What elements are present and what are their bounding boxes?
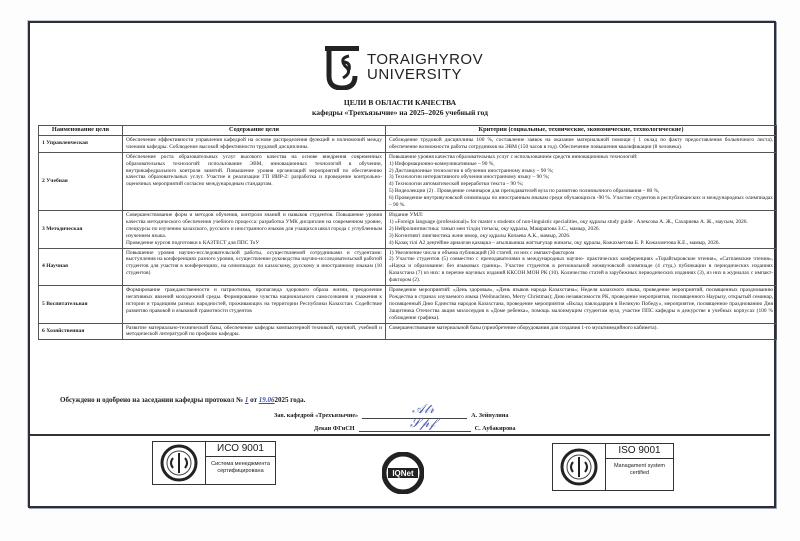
criteria-line: 4) Қазақ тілі А2 деңгейіне арналған қаза… xyxy=(389,240,773,247)
content-line: Формирование гражданственности и патриот… xyxy=(126,287,382,315)
svg-text:IQNet: IQNet xyxy=(392,469,414,478)
subtitle-line: кафедры «Трехъязычие» на 2025–2026 учебн… xyxy=(0,108,800,118)
university-emblem-icon xyxy=(323,44,361,90)
goal-criteria: Издание УМЛ:1) «Foreign language (profes… xyxy=(386,210,777,248)
table-header-row: Наименование цели Содержание цели Критер… xyxy=(39,126,777,136)
cert-description: Managament system certified xyxy=(606,459,673,476)
criteria-line: 3) Когнитивті лингвистика және юмор, оқу… xyxy=(389,233,773,240)
cert-description: Система менеджмента сертифицирована xyxy=(206,457,275,474)
goal-name: 1 Управленческая xyxy=(39,135,123,152)
approval-text: Обсуждено и одобрено на заседании кафедр… xyxy=(60,396,243,404)
approval-statement: Обсуждено и одобрено на заседании кафедр… xyxy=(60,396,305,404)
signature-role: Зав. кафедрой «Трехъязычие» xyxy=(274,412,358,419)
goal-name: 3 Методическая xyxy=(39,210,123,248)
content-line: Повышение уровня научно-исследовательско… xyxy=(126,250,382,278)
university-name: TORAIGHYROV UNIVERSITY xyxy=(367,52,483,82)
signature-head: Зав. кафедрой «Трехъязычие»А. Зейнулина xyxy=(274,412,509,419)
criteria-line: Совершенствование материальной базы (при… xyxy=(389,325,773,332)
goal-name: 4 Научная xyxy=(39,248,123,286)
signature-scribble: 𝒮𝓅𝒻 xyxy=(410,416,435,431)
criteria-line: 2) Участие студентов (5) совместно с пре… xyxy=(389,256,773,284)
goal-criteria: Проведение мероприятий: «День здоровья»,… xyxy=(386,286,777,324)
goal-criteria: Соблюдение трудовой дисциплины 100 %, со… xyxy=(386,135,777,152)
goal-content: Обеспечение эффективности управления каф… xyxy=(123,135,386,152)
cert-iso-ru: ИСО 9001 Система менеджмента сертифициро… xyxy=(152,441,276,485)
footer-divider xyxy=(30,434,770,436)
certification-seal-icon xyxy=(553,444,606,490)
signature-name: А. Зейнулина xyxy=(471,412,508,419)
goal-content: Формирование гражданственности и патриот… xyxy=(123,286,386,324)
criteria-line: Проведение мероприятий: «День здоровья»,… xyxy=(389,287,773,322)
approval-from: от xyxy=(250,396,257,404)
column-header-content: Содержание цели xyxy=(123,126,386,136)
logo-line-1: TORAIGHYROV xyxy=(367,52,483,67)
content-line: Обеспечение роста образовательных услуг … xyxy=(126,154,382,189)
signature-role: Декан ФГиСН xyxy=(314,425,355,432)
table-row: 6 ХозяйственнаяРазвитие материально-техн… xyxy=(39,323,777,340)
criteria-line: Соблюдение трудовой дисциплины 100 %, со… xyxy=(389,137,773,151)
goal-name: 6 Хозяйственная xyxy=(39,323,123,340)
goal-name: 2 Учебная xyxy=(39,152,123,210)
goal-criteria: Повышение уровня качества образовательны… xyxy=(386,152,777,210)
protocol-number: 1 xyxy=(245,396,249,404)
university-logo: TORAIGHYROV UNIVERSITY xyxy=(323,44,503,90)
signature-name: С. Аубакирова xyxy=(475,425,516,432)
content-line: Обеспечение эффективности управления каф… xyxy=(126,137,382,151)
logo-line-2: UNIVERSITY xyxy=(367,67,483,82)
column-header-name: Наименование цели xyxy=(39,126,123,136)
content-line: Совершенствование форм и методов обучени… xyxy=(126,212,382,240)
cert-iso-en: ISO 9001 Managament system certified xyxy=(552,443,674,491)
table-row: 4 НаучнаяПовышение уровня научно-исследо… xyxy=(39,248,777,286)
criteria-line: Издание УМЛ: xyxy=(389,212,773,219)
goal-content: Повышение уровня научно-исследовательско… xyxy=(123,248,386,286)
goal-content: Обеспечение роста образовательных услуг … xyxy=(123,152,386,210)
goal-criteria: 1) Увеличение числа и объема публикаций … xyxy=(386,248,777,286)
quality-goals-table: Наименование цели Содержание цели Критер… xyxy=(38,125,777,340)
criteria-line: 2) Нейролингвистика: танып мен тілдің то… xyxy=(389,226,773,233)
title-line: ЦЕЛИ В ОБЛАСТИ КАЧЕСТВА xyxy=(0,98,800,108)
criteria-line: Повышение уровня качества образовательны… xyxy=(389,154,773,161)
goal-criteria: Совершенствование материальной базы (при… xyxy=(386,323,777,340)
cert-title: ИСО 9001 xyxy=(206,442,275,457)
criteria-line: 6) Проведение внутривузовской олимпиады … xyxy=(389,195,773,209)
table-row: 5 ВоспитательнаяФормирование гражданстве… xyxy=(39,286,777,324)
goal-content: Совершенствование форм и методов обучени… xyxy=(123,210,386,248)
criteria-line: 1) Информационно-коммуникативные – 90 %, xyxy=(389,161,773,168)
table-row: 3 МетодическаяСовершенствование форм и м… xyxy=(39,210,777,248)
content-line: Проведение курсов подготовки к КАЗТЕСТ д… xyxy=(126,240,382,247)
criteria-line: 1) «Foreign language (professional)» for… xyxy=(389,219,773,226)
content-line: Развитие материально-технической базы, о… xyxy=(126,325,382,339)
iqnet-logo-icon: IQNet xyxy=(382,452,424,494)
column-header-criteria: Критерии (социальные, технические, эконо… xyxy=(386,126,777,136)
certification-seal-icon xyxy=(153,442,206,484)
document-title: ЦЕЛИ В ОБЛАСТИ КАЧЕСТВА кафедры «Трехъяз… xyxy=(0,98,800,118)
goal-name: 5 Воспитательная xyxy=(39,286,123,324)
approval-date: 19.06 xyxy=(259,396,275,404)
signature-scribble: 𝒜𝓉𝓇 xyxy=(412,402,434,417)
cert-title: ISO 9001 xyxy=(606,444,673,459)
goal-content: Развитие материально-технической базы, о… xyxy=(123,323,386,340)
table-row: 2 УчебнаяОбеспечение роста образовательн… xyxy=(39,152,777,210)
table-row: 1 УправленческаяОбеспечение эффективност… xyxy=(39,135,777,152)
approval-year: 2025 года. xyxy=(275,396,306,404)
